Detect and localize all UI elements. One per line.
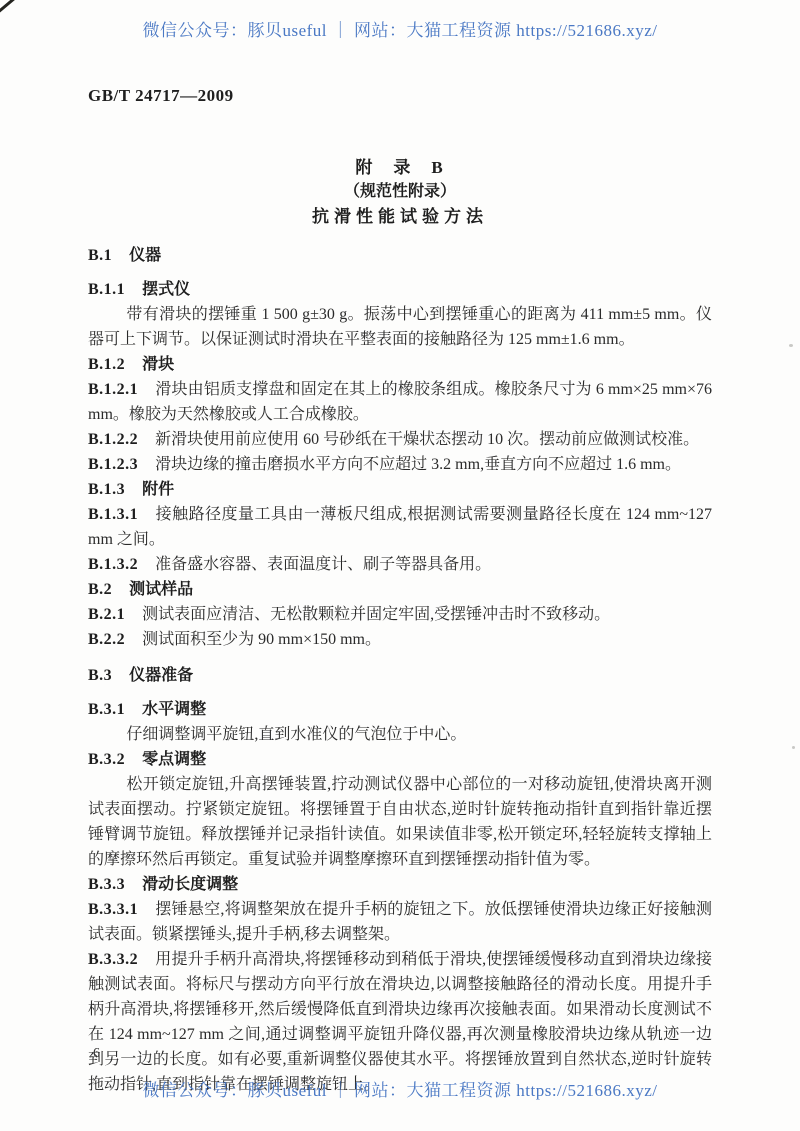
clause-paragraph: B.2.1测试表面应清洁、无松散颗粒并固定牢固,受摆锤冲击时不致移动。 — [88, 602, 712, 627]
clause-number: B.2.1 — [88, 606, 125, 623]
clause-text: 仔细调整调平旋钮,直到水准仪的气泡位于中心。 — [126, 726, 466, 743]
clause-text: 带有滑块的摆锤重 1 500 g±30 g。振荡中心到摆锤重心的距离为 411 … — [88, 306, 712, 348]
clause-number: B.3 — [88, 667, 112, 684]
appendix-title-block: 附 录 B （规范性附录） 抗滑性能试验方法 — [0, 156, 800, 229]
subsection-heading: B.3.1水平调整 — [88, 697, 712, 722]
body-paragraph: 松开锁定旋钮,升高摆锤装置,拧动测试仪器中心部位的一对移动旋钮,使滑块离开测试表… — [88, 772, 712, 872]
clause-number: B.1.3.2 — [88, 556, 138, 573]
standard-code: GB/T 24717—2009 — [88, 86, 234, 106]
watermark-top: 微信公众号：豚贝useful ｜ 网站：大猫工程资源 https://52168… — [0, 16, 800, 41]
clause-number: B.2 — [88, 581, 112, 598]
clause-text: 附件 — [142, 481, 174, 498]
clause-number: B.1.2 — [88, 356, 125, 373]
appendix-method-title: 抗滑性能试验方法 — [0, 204, 800, 229]
clause-number: B.1 — [88, 247, 112, 264]
scan-speck — [792, 746, 795, 749]
clause-number: B.3.2 — [88, 751, 125, 768]
clause-text: 松开锁定旋钮,升高摆锤装置,拧动测试仪器中心部位的一对移动旋钮,使滑块离开测试表… — [88, 776, 712, 868]
clause-paragraph: B.1.2.2新滑块使用前应使用 60 号砂纸在干燥状态摆动 10 次。摆动前应… — [88, 427, 712, 452]
clause-number: B.3.3.1 — [88, 901, 138, 918]
clause-text: 摆式仪 — [142, 281, 190, 298]
clause-number: B.1.3.1 — [88, 506, 138, 523]
clause-paragraph: B.3.3.2用提升手柄升高滑块,将摆锤移动到稍低于滑块,使摆锤缓慢移动直到滑块… — [88, 947, 712, 1097]
clause-paragraph: B.3.3.1摆锤悬空,将调整架放在提升手柄的旋钮之下。放低摆锤使滑块边缘正好接… — [88, 897, 712, 947]
clause-number: B.1.2.3 — [88, 456, 138, 473]
clause-text: 接触路径度量工具由一薄板尺组成,根据测试需要测量路径长度在 124 mm~127… — [88, 506, 712, 548]
clause-number: B.2.2 — [88, 631, 125, 648]
clause-number: B.1.2.2 — [88, 431, 138, 448]
clause-text: 测试面积至少为 90 mm×150 mm。 — [142, 631, 381, 648]
clause-number: B.3.1 — [88, 701, 125, 718]
clause-number: B.1.1 — [88, 281, 125, 298]
clause-paragraph: B.1.3.1接触路径度量工具由一薄板尺组成,根据测试需要测量路径长度在 124… — [88, 502, 712, 552]
section-heading: B.3仪器准备 — [88, 663, 712, 688]
clause-paragraph: B.2.2测试面积至少为 90 mm×150 mm。 — [88, 627, 712, 652]
subsection-heading: B.1.3附件 — [88, 477, 712, 502]
clause-text: 测试样品 — [129, 581, 193, 598]
section-heading: B.1仪器 — [88, 243, 712, 268]
watermark-bottom: 微信公众号：豚贝useful ｜ 网站：大猫工程资源 https://52168… — [0, 1076, 800, 1101]
appendix-title: 附 录 B — [0, 156, 800, 180]
clause-text: 摆锤悬空,将调整架放在提升手柄的旋钮之下。放低摆锤使滑块边缘正好接触测试表面。锁… — [88, 901, 712, 943]
clause-text: 仪器 — [129, 247, 161, 264]
document-page: 微信公众号：豚贝useful ｜ 网站：大猫工程资源 https://52168… — [0, 0, 800, 1131]
clause-text: 用提升手柄升高滑块,将摆锤移动到稍低于滑块,使摆锤缓慢移动直到滑块边缘接触测试表… — [88, 951, 712, 1093]
body-paragraph: 带有滑块的摆锤重 1 500 g±30 g。振荡中心到摆锤重心的距离为 411 … — [88, 302, 712, 352]
subsection-heading: B.3.3滑动长度调整 — [88, 872, 712, 897]
clause-paragraph: B.1.2.1滑块由铝质支撑盘和固定在其上的橡胶条组成。橡胶条尺寸为 6 mm×… — [88, 377, 712, 427]
clause-number: B.1.2.1 — [88, 381, 138, 398]
clause-text: 测试表面应清洁、无松散颗粒并固定牢固,受摆锤冲击时不致移动。 — [142, 606, 610, 623]
subsection-heading: B.1.1摆式仪 — [88, 277, 712, 302]
clause-text: 滑块由铝质支撑盘和固定在其上的橡胶条组成。橡胶条尺寸为 6 mm×25 mm×7… — [88, 381, 712, 423]
subsection-heading: B.3.2零点调整 — [88, 747, 712, 772]
document-body: B.1仪器B.1.1摆式仪带有滑块的摆锤重 1 500 g±30 g。振荡中心到… — [88, 232, 712, 1097]
clause-paragraph: B.1.3.2准备盛水容器、表面温度计、刷子等器具备用。 — [88, 552, 712, 577]
page-number: 6 — [93, 1046, 100, 1062]
clause-text: 水平调整 — [142, 701, 206, 718]
appendix-subtitle: （规范性附录） — [0, 180, 800, 204]
scan-speck — [789, 344, 793, 347]
subsection-heading: B.1.2滑块 — [88, 352, 712, 377]
clause-text: 仪器准备 — [129, 667, 193, 684]
subsection-heading: B.2测试样品 — [88, 577, 712, 602]
scan-corner-artifact — [0, 0, 17, 15]
clause-paragraph: B.1.2.3滑块边缘的撞击磨损水平方向不应超过 3.2 mm,垂直方向不应超过… — [88, 452, 712, 477]
clause-text: 滑动长度调整 — [142, 876, 238, 893]
clause-number: B.3.3 — [88, 876, 125, 893]
clause-text: 滑块 — [142, 356, 174, 373]
clause-text: 准备盛水容器、表面温度计、刷子等器具备用。 — [155, 556, 491, 573]
clause-text: 新滑块使用前应使用 60 号砂纸在干燥状态摆动 10 次。摆动前应做测试校准。 — [155, 431, 699, 448]
clause-number: B.3.3.2 — [88, 951, 138, 968]
clause-text: 零点调整 — [142, 751, 206, 768]
clause-text: 滑块边缘的撞击磨损水平方向不应超过 3.2 mm,垂直方向不应超过 1.6 mm… — [155, 456, 681, 473]
body-paragraph: 仔细调整调平旋钮,直到水准仪的气泡位于中心。 — [88, 722, 712, 747]
clause-number: B.1.3 — [88, 481, 125, 498]
